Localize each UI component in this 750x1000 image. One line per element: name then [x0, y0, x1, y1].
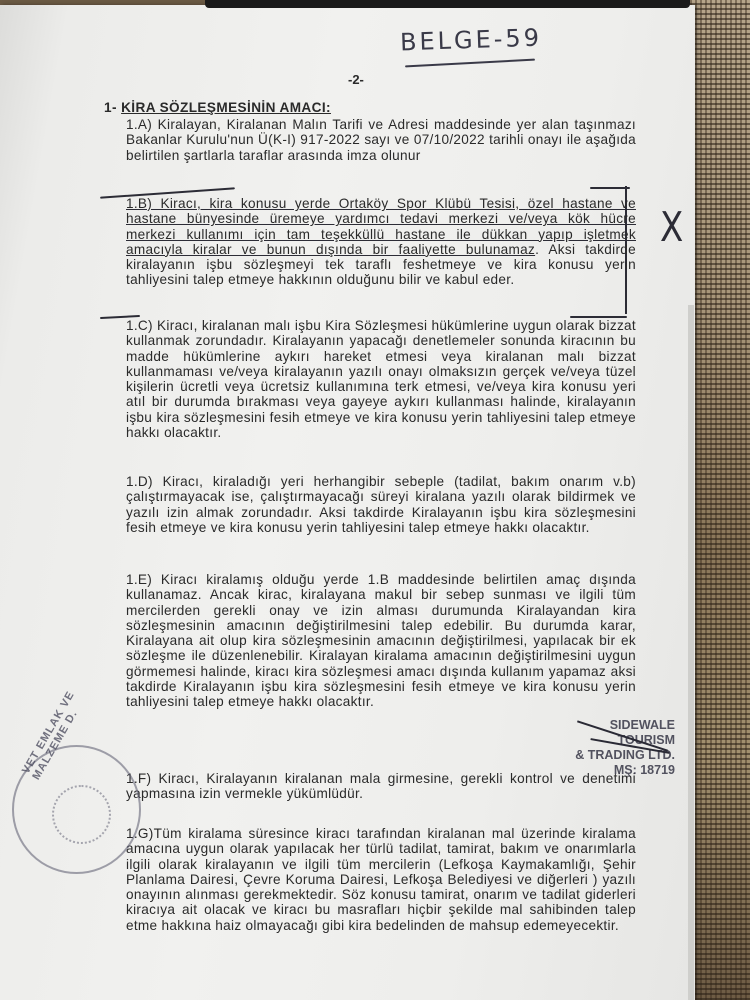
- clause-1b: 1.B) Kiracı, kira konusu yerde Ortaköy S…: [126, 196, 636, 288]
- paper-edge: [688, 305, 694, 1000]
- clause-text: 1.G)Tüm kiralama süresince kiracı tarafı…: [126, 826, 636, 933]
- clause-1d: 1.D) Kiracı, kiraladığı yeri herhangibir…: [126, 474, 636, 535]
- page-number: -2-: [348, 72, 364, 87]
- section-title: KİRA SÖZLEŞMESİNİN AMACI:: [121, 100, 331, 115]
- clause-text: 1.A) Kiralayan, Kiralanan Malın Tarifi v…: [126, 117, 636, 163]
- top-shadow-bar: [205, 0, 690, 8]
- company-stamp-line3: MŞ: 18719: [560, 763, 675, 778]
- clause-1c: 1.C) Kiracı, kiralanan malı işbu Kira Sö…: [126, 318, 636, 440]
- margin-x-mark: X: [660, 204, 683, 252]
- clause-1g: 1.G)Tüm kiralama süresince kiracı tarafı…: [126, 826, 636, 933]
- background-fabric: [690, 0, 750, 1000]
- stamp-emblem: [52, 785, 111, 844]
- clause-text: 1.E) Kiracı kiralamış olduğu yerde 1.B m…: [126, 572, 636, 710]
- clause-text: 1.C) Kiracı, kiralanan malı işbu Kira Sö…: [126, 318, 636, 440]
- section-number: 1-: [104, 100, 117, 115]
- section-heading: 1- KİRA SÖZLEŞMESİNİN AMACI:: [104, 100, 331, 115]
- clause-1e: 1.E) Kiracı kiralamış olduğu yerde 1.B m…: [126, 572, 636, 710]
- handwritten-document-label: BELGE-59: [400, 24, 543, 57]
- clause-text: 1.D) Kiracı, kiraladığı yeri herhangibir…: [126, 474, 636, 535]
- clause-1a: 1.A) Kiralayan, Kiralanan Malın Tarifi v…: [126, 117, 636, 163]
